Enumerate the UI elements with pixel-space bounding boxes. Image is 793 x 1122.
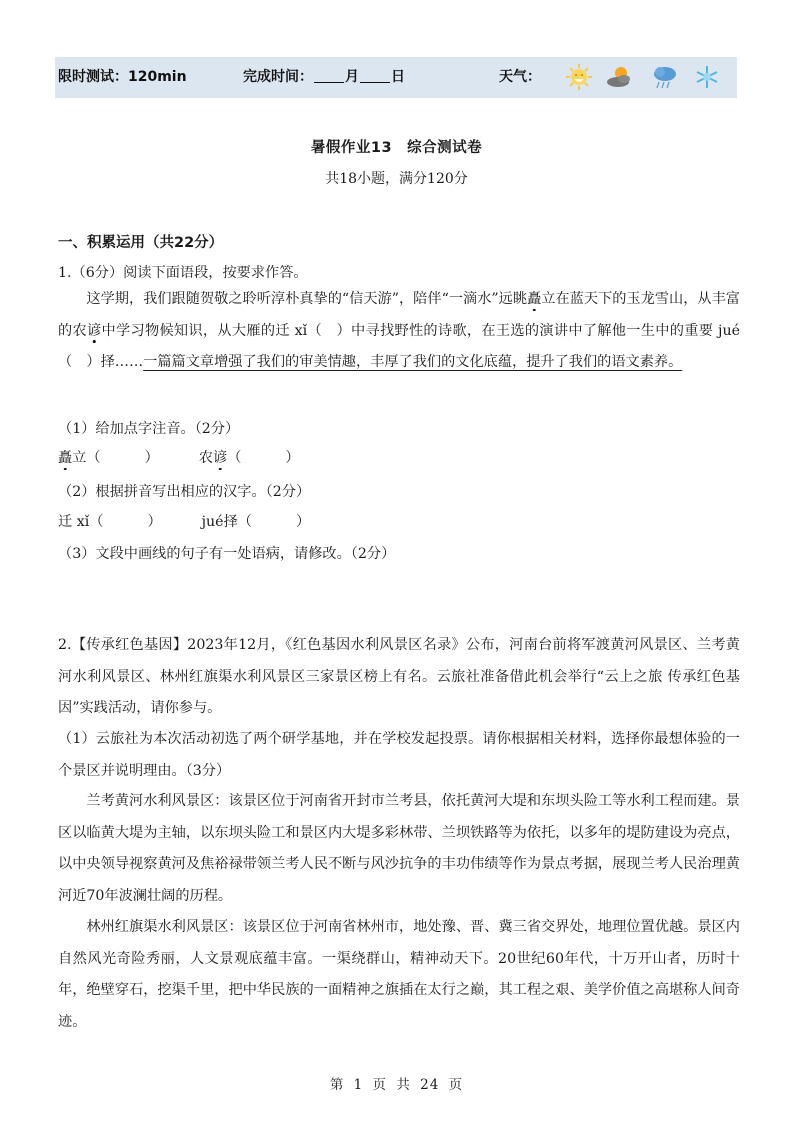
material-lankao: 兰考黄河水利风景区：该景区位于河南省开封市兰考县，依托黄河大堤和东坝头险工等水利… bbox=[58, 786, 740, 912]
answer-label: （ bbox=[227, 450, 241, 466]
underlined-sentence: 一篇篇文章增强了我们的审美情趣，丰厚了我们的文化底蕴，提升了我们的语文素养。 bbox=[143, 354, 682, 370]
completion-label: 完成时间： bbox=[243, 69, 313, 85]
page-number: 第 1 页 共 24 页 bbox=[0, 1073, 793, 1093]
dotted-char: 谚 bbox=[87, 323, 102, 339]
answer-label: 农 bbox=[199, 450, 213, 466]
question-1-stem: 1.（6分）阅读下面语段，按要求作答。 bbox=[58, 262, 308, 282]
paren: ） bbox=[285, 450, 299, 466]
paren: ） bbox=[145, 450, 159, 466]
answer-label: 迁 xǐ（ bbox=[58, 514, 103, 530]
completion-time: 完成时间：月日 bbox=[243, 57, 405, 98]
question-2-sub-1: （1）云旅社为本次活动初选了两个研学基地，并在学校发起投票。请你根据相关材料，选… bbox=[58, 724, 740, 787]
answer-label: 立（ bbox=[72, 450, 100, 466]
page-title: 暑假作业13 综合测试卷 bbox=[0, 136, 793, 157]
dotted-char: 矗 bbox=[527, 291, 541, 307]
dotted-char: 矗 bbox=[58, 450, 72, 466]
question-1-sub-2: （2）根据拼音写出相应的汉字。（2分） bbox=[58, 481, 310, 501]
material-linzhou: 林州红旗渠水利风景区：该景区位于河南省林州市，地处豫、晋、冀三省交界处，地理位置… bbox=[58, 912, 740, 1038]
passage-text: 这学期，我们跟随贺敬之聆听淳朴真挚的“信天游”，陪伴“一滴水”远眺 bbox=[86, 291, 527, 307]
paren: ） bbox=[296, 514, 310, 530]
sunny-icon[interactable] bbox=[565, 63, 593, 91]
question-1-passage: 这学期，我们跟随贺敬之聆听淳朴真挚的“信天游”，陪伴“一滴水”远眺矗立在蓝天下的… bbox=[58, 284, 740, 379]
question-1-sub-1-answers: 矗立（）农谚（） bbox=[58, 447, 300, 467]
question-1-sub-2-answers: 迁 xǐ（）jué择（） bbox=[58, 511, 310, 531]
time-limit-label: 限时测试： bbox=[58, 69, 128, 85]
dotted-char: 谚 bbox=[213, 450, 227, 466]
question-1-sub-3: （3）文段中画线的句子有一处语病，请修改。（2分） bbox=[58, 543, 395, 563]
snow-icon[interactable] bbox=[693, 63, 721, 91]
question-2-stem: 2.【传承红色基因】2023年12月，《红色基因水利风景区名录》公布，河南台前将… bbox=[58, 630, 740, 725]
header-bar: 限时测试：120min 完成时间：月日 天气： bbox=[55, 57, 737, 98]
weather-label: 天气： bbox=[499, 57, 541, 98]
paren: ） bbox=[147, 514, 161, 530]
day-label: 日 bbox=[391, 69, 405, 85]
answer-label: jué择（ bbox=[202, 514, 252, 530]
section-heading: 一、积累运用（共22分） bbox=[58, 231, 223, 252]
time-limit: 限时测试：120min bbox=[58, 57, 187, 98]
rain-icon[interactable] bbox=[651, 63, 679, 91]
page-subtitle: 共18小题，满分120分 bbox=[0, 168, 793, 188]
month-blank[interactable] bbox=[314, 68, 344, 83]
question-1-sub-1: （1）给加点字注音。（2分） bbox=[58, 418, 239, 438]
month-label: 月 bbox=[345, 69, 359, 85]
day-blank[interactable] bbox=[360, 68, 390, 83]
time-limit-value: 120min bbox=[128, 69, 187, 85]
partly-cloudy-icon[interactable] bbox=[605, 63, 633, 91]
